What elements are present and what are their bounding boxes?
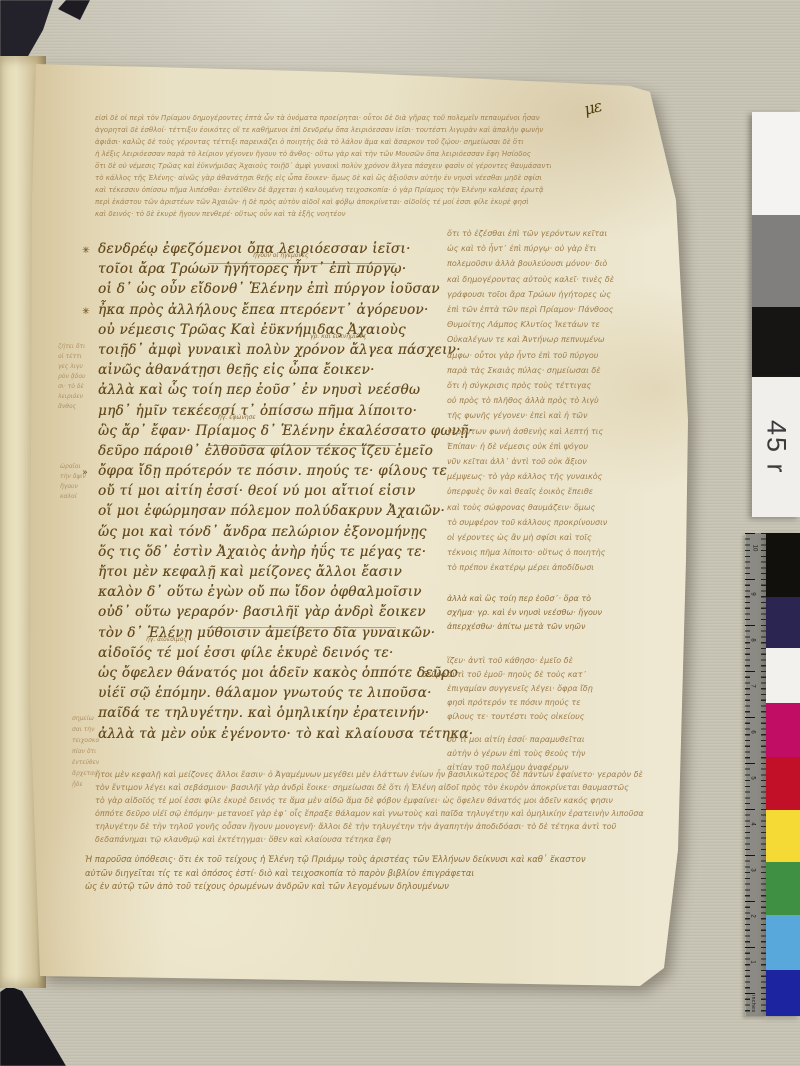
scholia-line: ὡς καὶ τὸ ἧντ᾽ ἐπὶ πύργῳ· οὐ γὰρ ἔτι	[447, 241, 649, 256]
verse-text: δεῦρο πάροιθ᾽ ἐλθοῦσα φίλον τέκος ἵζευ ἐ…	[98, 443, 433, 459]
scholia-line: ἀφιᾶσι· καλῶς δὲ τοὺς γέροντας τέττιξι π…	[95, 136, 551, 148]
scholia-line: Ἡ παροῦσα ὑπόθεσις· ὅτι ἐκ τοῦ τείχους ἡ…	[85, 854, 607, 868]
scholia-line: ἤτοι μὲν κεφαλῇ καὶ μείζονες ἄλλοι ἔασιν…	[95, 768, 649, 781]
scholia-line: δεδαπάνημαι τῷ κλαυθμῷ καὶ ἐκτέτηγμαι· ὅ…	[95, 833, 649, 846]
scholia-line: τὸ συμφέρον τοῦ κάλλους προκρίνουσιν	[447, 515, 649, 530]
main-text-line: ὣς ἄρ᾽ ἔφαν· Πρίαμος δ᾽ Ἑλένην ἐκαλέσσατ…	[98, 421, 490, 441]
scholia-line: ὅτι τὸ ἑζέσθαι ἐπὶ τῶν γερόντων κεῖται	[447, 226, 649, 241]
marginal-note-line: ρὸν ᾄδου	[58, 372, 112, 382]
scholia-right-paragraph-3: ἵζευ· ἀντὶ τοῦ κάθησο· ἐμεῖο δὲἀντὶ τοῦ …	[447, 654, 649, 726]
scholia-line: ὅτι δὲ οὐ νέμεσις Τρῶας καὶ ἐϋκνήμιδας Ἀ…	[95, 160, 551, 172]
ruler-unit-label: inches	[750, 995, 756, 1012]
scholia-line: εἰσὶ δὲ οἱ περὶ τὸν Πρίαμον δημογέροντες…	[95, 112, 551, 124]
ruler-number: 8	[750, 638, 756, 641]
verse-text: ὡς ὄφελεν θάνατός μοι ἁδεῖν κακὸς ὁππότε…	[98, 665, 458, 681]
marginal-note-left-2: ὡραῖοιτὴν ὄψινἤγουνκαλοί	[60, 462, 114, 504]
scholia-line: φησὶ πρότερόν τε πόσιν πηούς τε	[447, 696, 649, 710]
calibration-patch	[752, 307, 800, 377]
calibration-patch	[766, 533, 800, 597]
ruler-major-ticks	[745, 533, 755, 1016]
scholia-line: πολεμοῦσιν ἀλλὰ βουλεύουσι μόνον· διὸ	[447, 256, 649, 271]
ruler-number: 1	[750, 960, 756, 963]
verse-text: ὄφρα ἴδῃ πρότερόν τε πόσιν. πηούς τε· φί…	[98, 463, 447, 479]
calibration-patch	[766, 597, 800, 648]
marginal-note-line: καλοί	[60, 492, 114, 502]
scholia-line: ὅτι ἡ σύγκρισις πρὸς τοὺς τέττιγας	[447, 378, 649, 393]
calibration-patch	[766, 970, 800, 1016]
scholia-right-paragraph-1: ὅτι τὸ ἑζέσθαι ἐπὶ τῶν γερόντων κεῖταιὡς…	[447, 226, 649, 578]
main-text-line: ἀλλὰ τὰ μὲν οὐκ ἐγένοντο· τὸ καὶ κλαίουσ…	[98, 724, 490, 744]
marginal-note-line: ἐντεῦθεν	[72, 757, 126, 768]
verse-text: οὐδ᾽ οὕτω γεραρόν· βασιλῆϊ γὰρ ἀνδρὶ ἔοι…	[98, 604, 426, 620]
main-text-line: δεῦρο πάροιθ᾽ ἐλθοῦσα φίλον τέκος ἵζευ ἐ…	[98, 441, 490, 461]
verse-text: καλὸν δ᾽ οὕτω ἐγὼν οὔ πω ἴδον ὀφθαλμοῖσι…	[98, 584, 422, 600]
verse-text: αἰδοῖός τέ μοί ἐσσι φίλε ἑκυρὲ δεινός τε…	[98, 645, 393, 661]
scholia-line: καὶ τοὺς σώφρονας θαυμάζειν· ὅμως	[447, 500, 649, 515]
scholia-line: τῆς φωνῆς γέγονεν· ἐπεὶ καὶ ἡ τῶν	[447, 408, 649, 423]
calibration-patch	[766, 810, 800, 862]
main-text-line: οὐ νέμεσις Τρῶας Καὶ ἐϋκνήμιδας Ἀχαιοὺς	[98, 320, 490, 340]
marginal-note-line: ἄνθος	[58, 402, 112, 412]
verse-text: ἀλλὰ καὶ ὧς τοίη περ ἐοῦσ᾽ ἐν νηυσὶ νεέσ…	[98, 382, 420, 398]
scholia-line: καὶ δεινός· τὸ δὲ ἑκυρὲ ἤγουν πενθερέ· ο…	[95, 208, 551, 220]
parchment-surface: με εἰσὶ δὲ οἱ περὶ τὸν Πρίαμον δημογέρον…	[28, 58, 696, 992]
parchment-page: με εἰσὶ δὲ οἱ περὶ τὸν Πρίαμον δημογέρον…	[28, 58, 696, 992]
margin-mark: ✳	[82, 302, 90, 322]
verse-text: τοῖοι ἄρα Τρώων ἡγήτορες ἧντ᾽ ἐπὶ πύργῳ·	[98, 261, 406, 277]
calibration-patch	[766, 757, 800, 810]
verse-text: ἀλλὰ τὰ μὲν οὐκ ἐγένοντο· τὸ καὶ κλαίουσ…	[98, 726, 473, 742]
margin-mark: ✳	[82, 241, 90, 261]
main-text-line: παῖδά τε τηλυγέτην. καὶ ὁμηλικίην ἐρατει…	[98, 703, 490, 723]
main-text-line: ἀλλὰ καὶ ὧς τοίη περ ἐοῦσ᾽ ἐν νηυσὶ νεέσ…	[98, 380, 490, 400]
main-text-block: ✳δενδρέῳ ἐφεζόμενοι ὄπα λειριόεσσαν ἱεῖσ…	[98, 239, 490, 744]
scholia-line: τὸ πρέπον ἑκατέρῳ μέρει ἀποδίδωσι	[447, 560, 649, 575]
ruler-number: 9	[750, 592, 756, 595]
ruler-number: 5	[750, 776, 756, 779]
main-text-line: αἰδοῖός τέ μοί ἐσσι φίλε ἑκυρὲ δεινός τε…	[98, 643, 490, 663]
scholia-line: τέκνοις πῆμα λίποιτο· οὕτως ὁ ποιητὴς	[447, 545, 649, 560]
scholia-line: νῦν κεῖται ἀλλ᾽ ἀντὶ τοῦ οὐκ ἄξιον	[447, 454, 649, 469]
ruler-number: 2	[750, 914, 756, 917]
color-calibration-colors	[766, 533, 800, 1016]
interlinear-gloss: γρ. καὶ ἐϋκνήμιδες	[310, 333, 366, 340]
folio-label-card: 45 r	[752, 377, 800, 517]
marginal-note-line: σημείω	[72, 713, 126, 724]
verse-text: ὥς μοι καὶ τόνδ᾽ ἄνδρα πελώριον ἐξονομήν…	[98, 524, 427, 540]
scholia-line: τὸ γὰρ αἰδοῖός τέ μοί ἐσσι φίλε ἑκυρὲ δε…	[95, 794, 649, 807]
scholia-line: τὸ κάλλος τῆς Ἑλένης· αἰνῶς γὰρ ἀθανάτῃσ…	[95, 172, 551, 184]
scholia-line: ἐπὶ τῶν ἑπτὰ τῶν περὶ Πρίαμον· Πάνθοος	[447, 302, 649, 317]
scholia-line: καὶ δημογέροντας αὐτοὺς καλεῖ· τινὲς δὲ	[447, 272, 649, 287]
calibration-patch	[752, 112, 800, 215]
scholia-line: σχῆμα· γρ. καὶ ἐν νηυσὶ νεέσθω· ἤγουν	[447, 606, 649, 620]
scholia-line: αὐτὴν ὁ γέρων ἐπὶ τοὺς θεοὺς τὴν	[447, 747, 649, 761]
scholia-line: ὑπερφυὲς ὂν καὶ θεαῖς ἐοικὸς ἔπειθε	[447, 484, 649, 499]
main-text-line: υἱέϊ σῷ ἑπόμην. θάλαμον γνωτούς τε λιποῦ…	[98, 683, 490, 703]
main-text-line: »ὄφρα ἴδῃ πρότερόν τε πόσιν. πηούς τε· φ…	[98, 461, 490, 481]
scholia-line: αὐτῶν διηγεῖται τίς τε καὶ ὁπόσος ἐστί· …	[85, 868, 607, 882]
margin-lemma: δεῦρο	[422, 670, 446, 679]
main-text-line: αἰνῶς ἀθανάτῃσι θεῇς εἰς ὦπα ἔοικεν·	[98, 360, 490, 380]
verse-text: ὣς ἄρ᾽ ἔφαν· Πρίαμος δ᾽ Ἑλένην ἐκαλέσσατ…	[98, 423, 473, 439]
scholia-line: ὡς ἐν αὐτῷ τῶν ἀπὸ τοῦ τείχους ὁρωμένων …	[85, 881, 607, 895]
verse-text: ὅς τις ὅδ᾽ ἐστὶν Ἀχαιὸς ἀνὴρ ἠΰς τε μέγα…	[98, 544, 426, 560]
main-text-line: οὐδ᾽ οὕτω γεραρόν· βασιλῆϊ γὰρ ἀνδρὶ ἔοι…	[98, 602, 490, 622]
main-text-line: μηδ᾽ ἡμῖν τεκέεσσί τ᾽ ὀπίσσω πῆμα λίποιτ…	[98, 401, 490, 421]
scholia-line: ἵζευ· ἀντὶ τοῦ κάθησο· ἐμεῖο δὲ	[447, 654, 649, 668]
main-text-line: ἤτοι μὲν κεφαλῇ καὶ μείζονες ἄλλοι ἔασιν	[98, 562, 490, 582]
scholia-right-paragraph-2: ἀλλὰ καὶ ὣς τοίη περ ἐοῦσ᾽· ὅρα τὸσχῆμα·…	[447, 592, 649, 636]
scholia-line: ἀλλὰ καὶ ὣς τοίη περ ἐοῦσ᾽· ὅρα τὸ	[447, 592, 649, 606]
scholia-line: ἡ λέξις λειριόεσσαν παρὰ τὸ λείριον γέγο…	[95, 148, 551, 160]
binding-strap	[58, 0, 92, 22]
verse-text: τοιῇδ᾽ ἀμφὶ γυναικὶ πολὺν χρόνον ἄλγεα π…	[98, 342, 461, 358]
main-text-line: οἱ δ᾽ ὡς οὖν εἴδονθ᾽ Ἑλένην ἐπὶ πύργον ἰ…	[98, 279, 490, 299]
calibration-patch	[752, 215, 800, 307]
manuscript-photograph: { "folio": { "ink_mark": "με", "label": …	[0, 0, 800, 1066]
scholia-line: Ἐπίπαν· ἡ δὲ νέμεσις οὐκ ἐπὶ ψόγου	[447, 439, 649, 454]
marginal-note-line: πίαν ὅτι	[72, 746, 126, 757]
scholia-line: καὶ τέκεσσιν ὀπίσσω πῆμα λιπέσθαι· ἐντεῦ…	[95, 184, 551, 196]
scholia-line: τὸν ἔντιμον λέγει καὶ σεβάσμιον· βασιλῆϊ…	[95, 781, 649, 794]
verse-text: μηδ᾽ ἡμῖν τεκέεσσί τ᾽ ὀπίσσω πῆμα λίποιτ…	[98, 403, 417, 419]
marginal-note-line: σαι τὴν	[72, 724, 126, 735]
marginal-note-line: ἤγουν	[60, 482, 114, 492]
main-text-line: ὥς μοι καὶ τόνδ᾽ ἄνδρα πελώριον ἐξονομήν…	[98, 522, 490, 542]
main-text-line: ὅς τις ὅδ᾽ ἐστὶν Ἀχαιὸς ἀνὴρ ἠΰς τε μέγα…	[98, 542, 490, 562]
scholia-line: φίλους τε· τουτέστι τοὺς οἰκείους	[447, 710, 649, 724]
marginal-note-line: ζήτει ὅτι	[58, 342, 112, 352]
scholia-line: οὔ τί μοι αἰτίη ἐσσί· παραμυθεῖται	[447, 733, 649, 747]
scholia-line: ἀγορηταὶ δὲ ἐσθλοί· τέττιξιν ἐοικότες οἵ…	[95, 124, 551, 136]
interlinear-gloss: ἤγ. ἐφώνησε	[218, 414, 256, 421]
scholia-line: ἀντὶ τοῦ ἐμοῦ· πηοὺς δὲ τοὺς κατ᾽	[447, 668, 649, 682]
main-text-line: καλὸν δ᾽ οὕτω ἐγὼν οὔ πω ἴδον ὀφθαλμοῖσι…	[98, 582, 490, 602]
scholia-line: ἄμφω· οὗτοι γὰρ ἧντο ἐπὶ τοῦ πύργου	[447, 348, 649, 363]
folio-number-ink-mark: με	[582, 96, 603, 119]
verse-text: αἰνῶς ἀθανάτῃσι θεῇς εἰς ὦπα ἔοικεν·	[98, 362, 375, 378]
main-text-line: τοιῇδ᾽ ἀμφὶ γυναικὶ πολὺν χρόνον ἄλγεα π…	[98, 340, 490, 360]
scholia-line: τηλυγέτην δὲ τὴν τηλοῦ γονῆς οὖσαν ἤγουν…	[95, 820, 649, 833]
verse-text: παῖδά τε τηλυγέτην. καὶ ὁμηλικίην ἐρατει…	[98, 705, 429, 721]
verse-text: υἱέϊ σῷ ἑπόμην. θάλαμον γνωτούς τε λιποῦ…	[98, 685, 432, 701]
scholia-bottom-note: Ἡ παροῦσα ὑπόθεσις· ὅτι ἐκ τοῦ τείχους ἡ…	[85, 854, 607, 898]
verse-text: ἤτοι μὲν κεφαλῇ καὶ μείζονες ἄλλοι ἔασιν	[98, 564, 402, 580]
main-text-line: ✳ἦκα πρὸς ἀλλήλους ἔπεα πτερόεντ᾽ ἀγόρευ…	[98, 300, 490, 320]
verse-text: οἵ μοι ἐφώρμησαν πόλεμον πολύδακρυν Ἀχαι…	[98, 503, 445, 519]
scholia-line: ἐπιγαμίαν συγγενεῖς λέγει· ὄφρα ἴδῃ	[447, 682, 649, 696]
marginal-note-line: σι· τὸ δὲ	[58, 382, 112, 392]
interlinear-gloss: ἤγουν οἱ ἡγεμόνες	[253, 252, 309, 259]
ruler-number: 3	[750, 868, 756, 871]
verse-text: οὔ τί μοι αἰτίη ἐσσί· θεοί νύ μοι αἴτιοί…	[98, 483, 415, 499]
marginal-note-line: ᾗδε	[72, 779, 126, 790]
scholia-line: παρὰ τὰς Σκαιὰς πύλας· σημείωσαι δὲ	[447, 363, 649, 378]
scholia-top-block: εἰσὶ δὲ οἱ περὶ τὸν Πρίαμον δημογέροντες…	[95, 112, 551, 222]
scholia-line: ἀπερχέσθω· ἀπίτω μετὰ τῶν νηῶν	[447, 620, 649, 634]
ruler-number: 4	[750, 822, 756, 825]
scholia-line: οἱ γέροντες ὡς ἂν μὴ σφίσι καὶ τοῖς	[447, 530, 649, 545]
scholia-line: Θυμοίτης Λάμπος Κλυτίος Ἱκετάων τε	[447, 317, 649, 332]
main-text-line: οὔ τί μοι αἰτίη ἐσσί· θεοί νύ μοι αἴτιοί…	[98, 481, 490, 501]
scholia-line: οὐ πρὸς τὸ πλῆθος ἀλλὰ πρὸς τὸ λιγὺ	[447, 393, 649, 408]
calibration-patch	[766, 915, 800, 970]
scholia-bottom-block: ἤτοι μὲν κεφαλῇ καὶ μείζονες ἄλλοι ἔασιν…	[95, 768, 649, 848]
scholia-line: μέμψεως· τὸ γὰρ κάλλος τῆς γυναικὸς	[447, 469, 649, 484]
ruler-number: 6	[750, 730, 756, 733]
marginal-note-line: οἱ τέττι	[58, 352, 112, 362]
ruler-number: 10	[751, 545, 757, 552]
marginal-note-left-1: ζήτει ὅτιοἱ τέττιγες λιγυρὸν ᾄδουσι· τὸ …	[58, 342, 112, 414]
marginal-note-line: γες λιγυ	[58, 362, 112, 372]
main-text-line: οἵ μοι ἐφώρμησαν πόλεμον πολύδακρυν Ἀχαι…	[98, 501, 490, 521]
scholia-line: γερόντων φωνὴ ἀσθενὴς καὶ λεπτή τις	[447, 424, 649, 439]
scholia-line: περὶ ἑκάστου τῶν ἀριστέων τῶν Ἀχαιῶν· ἡ …	[95, 196, 551, 208]
scholia-line: γράφουσι τοῖοι ἄρα Τρώων ἡγήτορες ὡς	[447, 287, 649, 302]
color-calibration-grayscale	[752, 112, 800, 377]
marginal-note-left-3: σημείωσαι τὴντειχοσκοπίαν ὅτιἐντεῦθενἄρχ…	[72, 713, 126, 793]
calibration-patch	[766, 648, 800, 703]
main-text-line: τοῖοι ἄρα Τρώων ἡγήτορες ἧντ᾽ ἐπὶ πύργῳ·	[98, 259, 490, 279]
marginal-note-line: ἄρχεται	[72, 768, 126, 779]
scholia-line: Οὐκαλέγων τε καὶ Ἀντήνωρ πεπνυμένω	[447, 332, 649, 347]
ruler-number: 7	[750, 684, 756, 687]
calibration-patch	[766, 703, 800, 757]
folio-label-text: 45 r	[761, 420, 792, 475]
calibration-patch	[766, 862, 800, 915]
interlinear-gloss: ἤγ. αἰδέσιμος	[146, 636, 187, 643]
verse-text: ἦκα πρὸς ἀλλήλους ἔπεα πτερόεντ᾽ ἀγόρευο…	[98, 302, 429, 318]
marginal-note-line: τὴν ὄψιν	[60, 472, 114, 482]
ruler: 10987654321 inches	[745, 533, 766, 1016]
verse-text: οἱ δ᾽ ὡς οὖν εἴδονθ᾽ Ἑλένην ἐπὶ πύργον ἰ…	[98, 281, 440, 297]
scholia-line: ὁππότε δεῦρο υἱέϊ σῷ ἑπόμην· μετανοεῖ γὰ…	[95, 807, 649, 820]
marginal-note-line: τειχοσκο	[72, 735, 126, 746]
marginal-note-line: λειριόεν	[58, 392, 112, 402]
marginal-note-line: ὡραῖοι	[60, 462, 114, 472]
